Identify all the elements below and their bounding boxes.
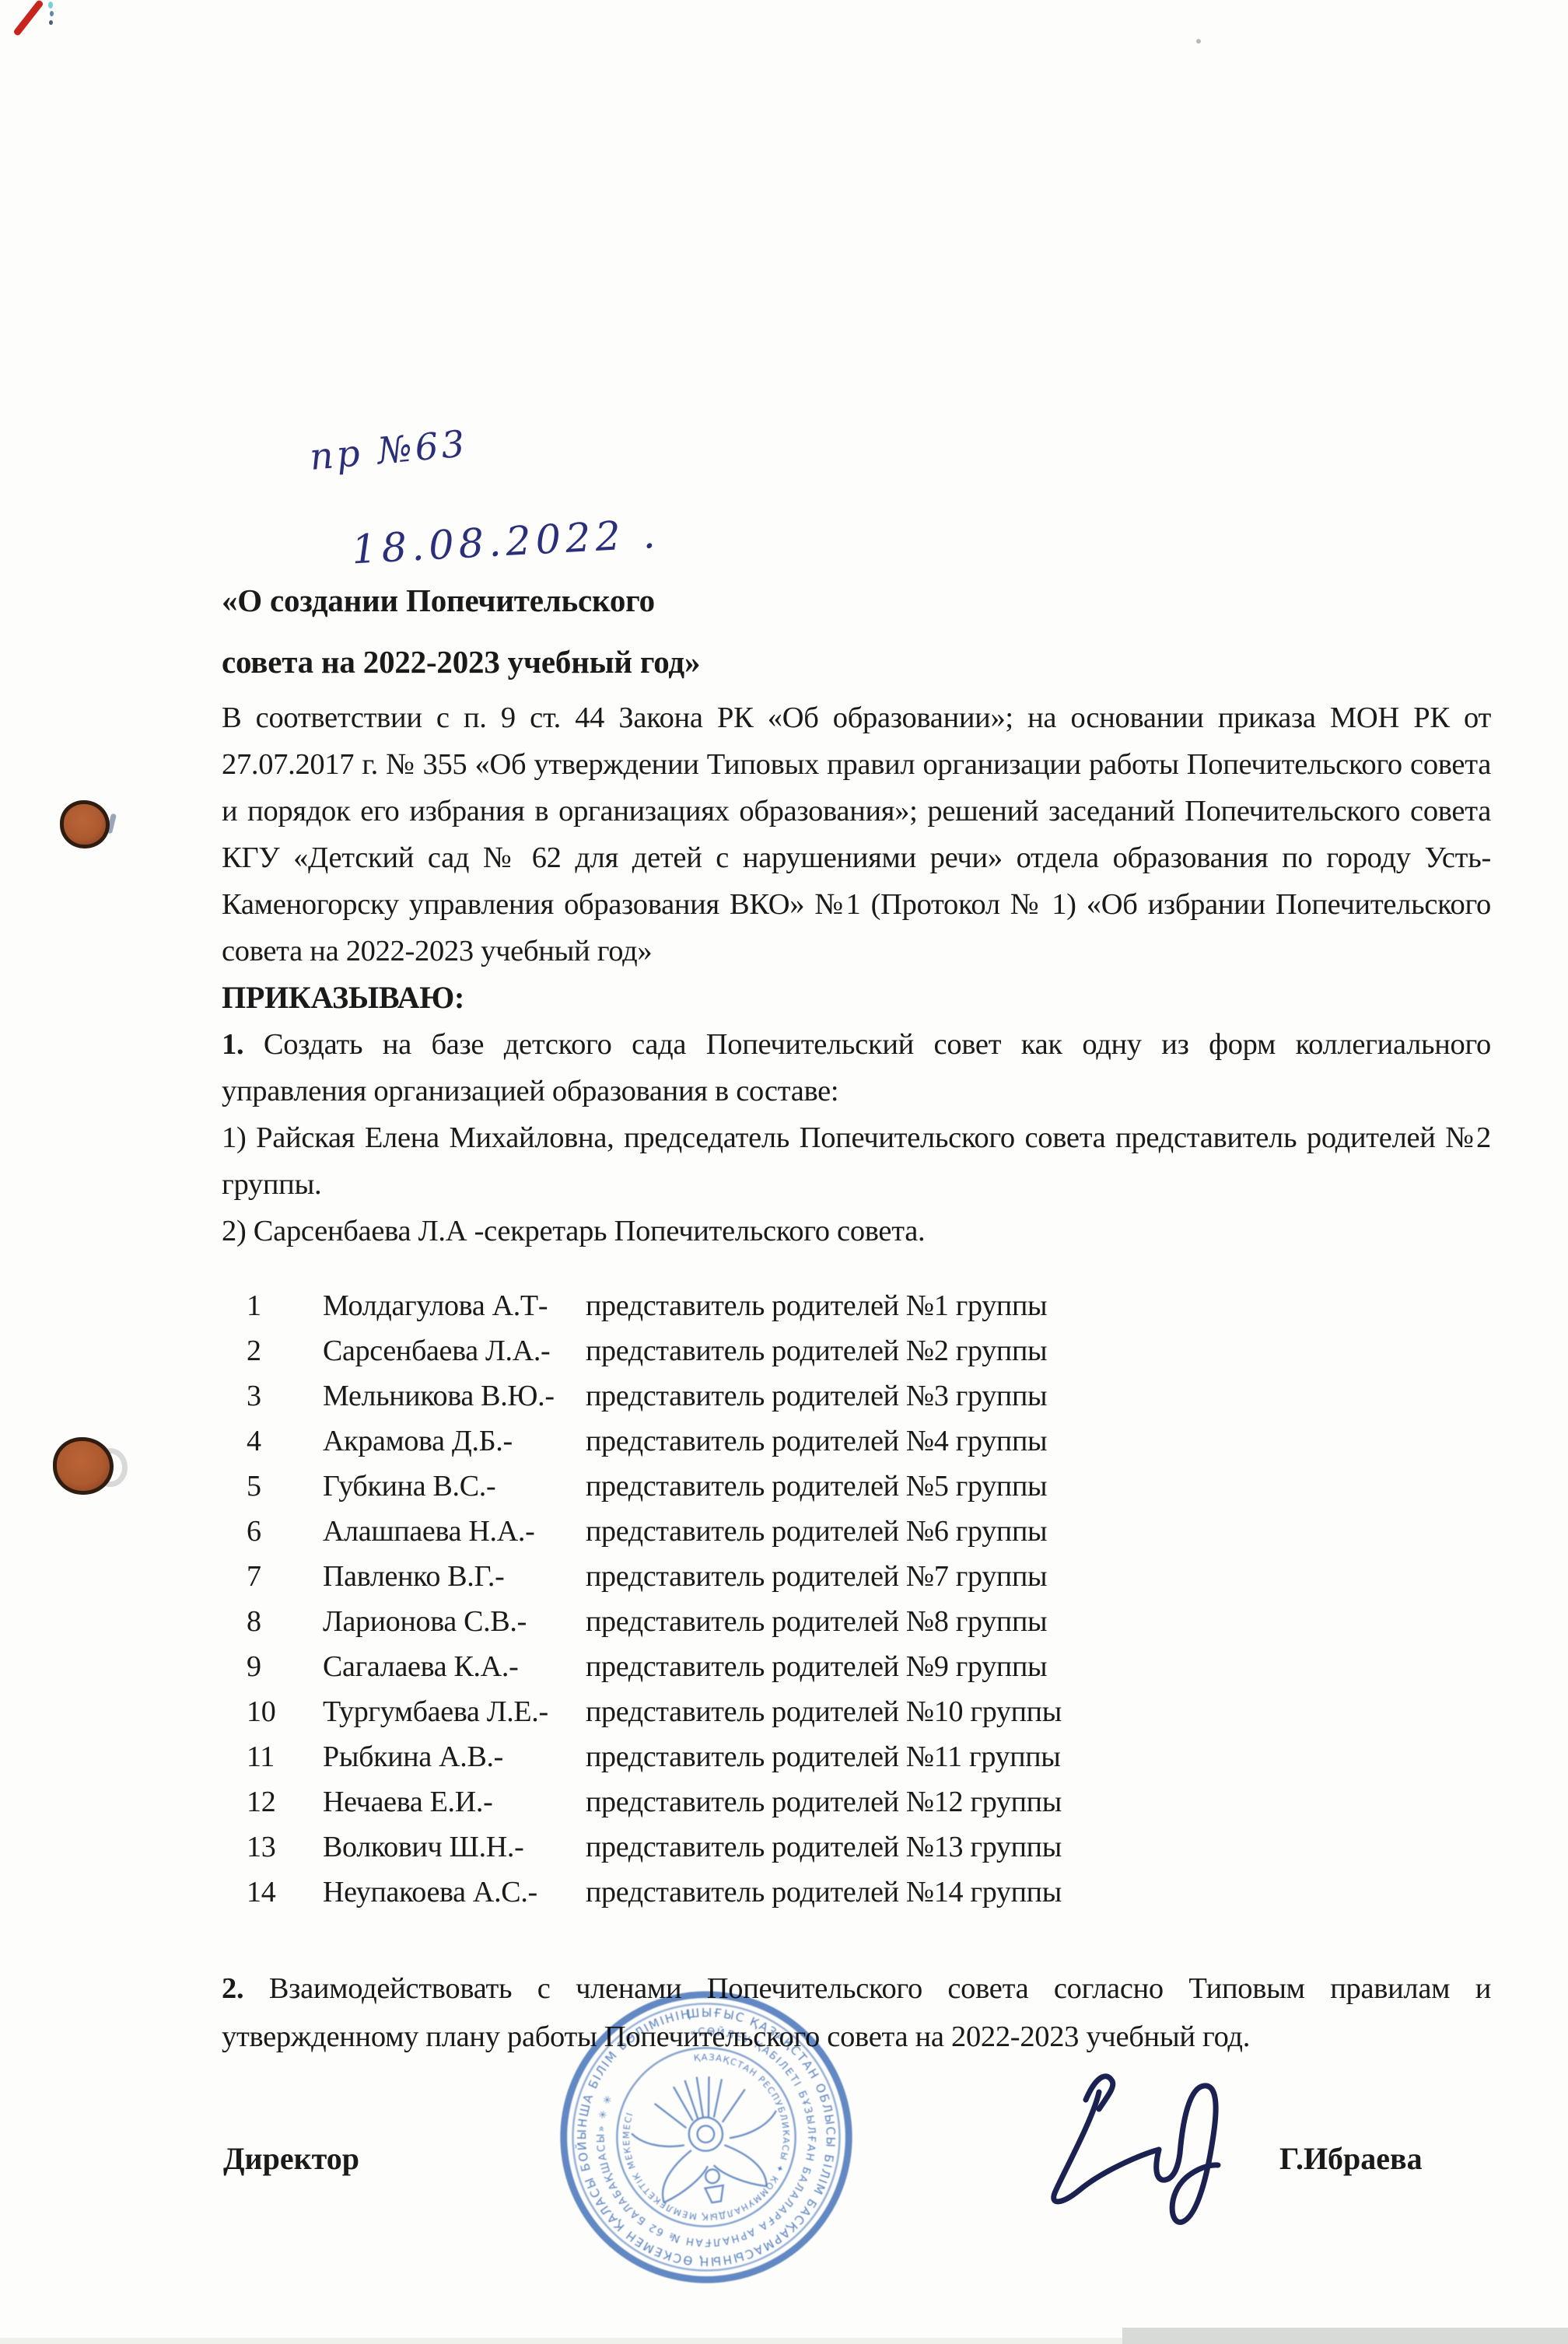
handwritten-order-date: 18.08.2022 .: [351, 512, 661, 574]
member-name: Рыбкина А.В.-: [323, 1734, 586, 1779]
signer-name: Г.Ибраева: [1279, 2140, 1423, 2177]
member-row: 7Павленко В.Г.-представитель родителей №…: [222, 1554, 1491, 1599]
member-number: 10: [247, 1689, 323, 1734]
member-number: 8: [247, 1599, 323, 1644]
chair-line: 1) Райская Елена Михайловна, председател…: [222, 1114, 1491, 1208]
member-name: Губкина В.С.-: [323, 1464, 586, 1509]
member-role: представитель родителей №1 группы: [586, 1283, 1491, 1328]
stamp-graphic: ШЫҒЫС ҚАЗАҚСТАН ОБЛЫСЫ БІЛІМ БАСҚАРМАСЫН…: [530, 1962, 882, 2311]
clause-2-number: 2.: [222, 1972, 243, 2005]
director-label: Директор: [223, 2140, 359, 2177]
member-number: 3: [247, 1373, 323, 1419]
order-title-line1: «О создании Попечительского: [222, 570, 1155, 631]
official-stamp: ШЫҒЫС ҚАЗАҚСТАН ОБЛЫСЫ БІЛІМ БАСҚАРМАСЫН…: [530, 1962, 882, 2311]
member-row: 3Мельникова В.Ю.-представитель родителей…: [222, 1373, 1491, 1419]
member-name: Павленко В.Г.-: [323, 1554, 586, 1599]
member-number: 9: [247, 1644, 323, 1689]
member-row: 5Губкина В.С.-представитель родителей №5…: [222, 1464, 1491, 1509]
scan-speck: [50, 11, 54, 16]
member-name: Мельникова В.Ю.-: [323, 1373, 586, 1419]
member-row: 1Молдагулова А.Т-представитель родителей…: [222, 1283, 1491, 1328]
scanner-edge-shadow: [1122, 2328, 1568, 2344]
member-row: 10Тургумбаева Л.Е.-представитель родител…: [222, 1689, 1491, 1734]
scan-speck: [1196, 39, 1201, 44]
member-row: 14Неупакоева А.С.-представитель родителе…: [222, 1870, 1491, 1915]
member-row: 13Волкович Ш.Н.-представитель родителей …: [222, 1824, 1491, 1870]
clause-1: 1. Создать на базе детского сада Попечит…: [222, 1021, 1491, 1114]
signature: [1025, 2062, 1251, 2245]
clause-2: 2. Взаимодействовать с членами Попечител…: [222, 1964, 1491, 2061]
punch-hole-seal-mark-1: [60, 800, 110, 848]
member-number: 1: [247, 1283, 323, 1328]
member-name: Волкович Ш.Н.-: [323, 1824, 586, 1870]
order-title-line2: совета на 2022-2023 учебный год»: [222, 631, 1155, 693]
member-row: 12Нечаева Е.И.-представитель родителей №…: [222, 1779, 1491, 1824]
member-role: представитель родителей №2 группы: [586, 1328, 1491, 1373]
scan-speck: [49, 20, 53, 25]
member-role: представитель родителей №10 группы: [586, 1689, 1491, 1734]
member-row: 4Акрамова Д.Б.-представитель родителей №…: [222, 1419, 1491, 1464]
member-role: представитель родителей №5 группы: [586, 1464, 1491, 1509]
member-number: 7: [247, 1554, 323, 1599]
member-name: Неупакоева А.С.-: [323, 1870, 586, 1915]
members-list: 1Молдагулова А.Т-представитель родителей…: [222, 1283, 1491, 1915]
svg-text:ҚАЗАҚСТАН РЕСПУБЛИКАСЫ ✦ КОММУ: ҚАЗАҚСТАН РЕСПУБЛИКАСЫ ✦ КОММУНАЛДЫҚ МЕМ…: [609, 2040, 803, 2234]
member-role: представитель родителей №11 группы: [586, 1734, 1491, 1779]
member-role: представитель родителей №8 группы: [586, 1599, 1491, 1644]
order-title: «О создании Попечительского совета на 20…: [222, 570, 1155, 693]
member-number: 13: [247, 1824, 323, 1870]
scan-speck: [48, 2, 53, 9]
secretary-line: 2) Сарсенбаева Л.А -секретарь Попечитель…: [222, 1208, 1491, 1254]
member-name: Акрамова Д.Б.-: [323, 1419, 586, 1464]
handwritten-order-number: пр №63: [308, 422, 470, 479]
member-role: представитель родителей №3 группы: [586, 1373, 1491, 1419]
member-role: представитель родителей №6 группы: [586, 1509, 1491, 1554]
decree-word: ПРИКАЗЫВАЮ:: [222, 974, 1491, 1021]
clause-2-text: Взаимодействовать с членами Попечительск…: [222, 1972, 1491, 2053]
member-name: Алашпаева Н.А.-: [323, 1509, 586, 1554]
member-number: 14: [247, 1870, 323, 1915]
member-number: 2: [247, 1328, 323, 1373]
member-row: 11Рыбкина А.В.-представитель родителей №…: [222, 1734, 1491, 1779]
member-name: Ларионова С.В.-: [323, 1599, 586, 1644]
member-role: представитель родителей №9 группы: [586, 1644, 1491, 1689]
member-name: Тургумбаева Л.Е.-: [323, 1689, 586, 1734]
member-role: представитель родителей №7 группы: [586, 1554, 1491, 1599]
member-number: 4: [247, 1419, 323, 1464]
member-role: представитель родителей №14 группы: [586, 1870, 1491, 1915]
member-row: 6Алашпаева Н.А.-представитель родителей …: [222, 1509, 1491, 1554]
red-pen-mark: [12, 0, 44, 37]
member-number: 5: [247, 1464, 323, 1509]
member-number: 12: [247, 1779, 323, 1824]
preamble-paragraph: В соответствии с п. 9 ст. 44 Закона РК «…: [222, 694, 1491, 974]
member-row: 9Сагалаева К.А.-представитель родителей …: [222, 1644, 1491, 1689]
member-row: 8Ларионова С.В.-представитель родителей …: [222, 1599, 1491, 1644]
scanned-order-page: пр №63 18.08.2022 . «О создании Попечите…: [0, 0, 1568, 2344]
member-name: Нечаева Е.И.-: [323, 1779, 586, 1824]
member-row: 2Сарсенбаева Л.А.-представитель родителе…: [222, 1328, 1491, 1373]
clause-1-number: 1.: [222, 1028, 243, 1061]
order-body: В соответствии с п. 9 ст. 44 Закона РК «…: [222, 694, 1491, 1254]
scanner-edge-shadow-light: [0, 2338, 1122, 2344]
signature-graphic: [1025, 2062, 1251, 2245]
member-role: представитель родителей №4 группы: [586, 1419, 1491, 1464]
clause-1-text: Создать на базе детского сада Попечитель…: [222, 1028, 1491, 1107]
member-role: представитель родителей №12 группы: [586, 1779, 1491, 1824]
stamp-ring-inner-text: ҚАЗАҚСТАН РЕСПУБЛИКАСЫ ✦ КОММУНАЛДЫҚ МЕМ…: [609, 2040, 803, 2234]
member-name: Молдагулова А.Т-: [323, 1283, 586, 1328]
member-name: Сарсенбаева Л.А.-: [323, 1328, 586, 1373]
punch-hole-seal-mark-2: [53, 1437, 114, 1495]
member-number: 11: [247, 1734, 323, 1779]
member-number: 6: [247, 1509, 323, 1554]
member-role: представитель родителей №13 группы: [586, 1824, 1491, 1870]
member-name: Сагалаева К.А.-: [323, 1644, 586, 1689]
